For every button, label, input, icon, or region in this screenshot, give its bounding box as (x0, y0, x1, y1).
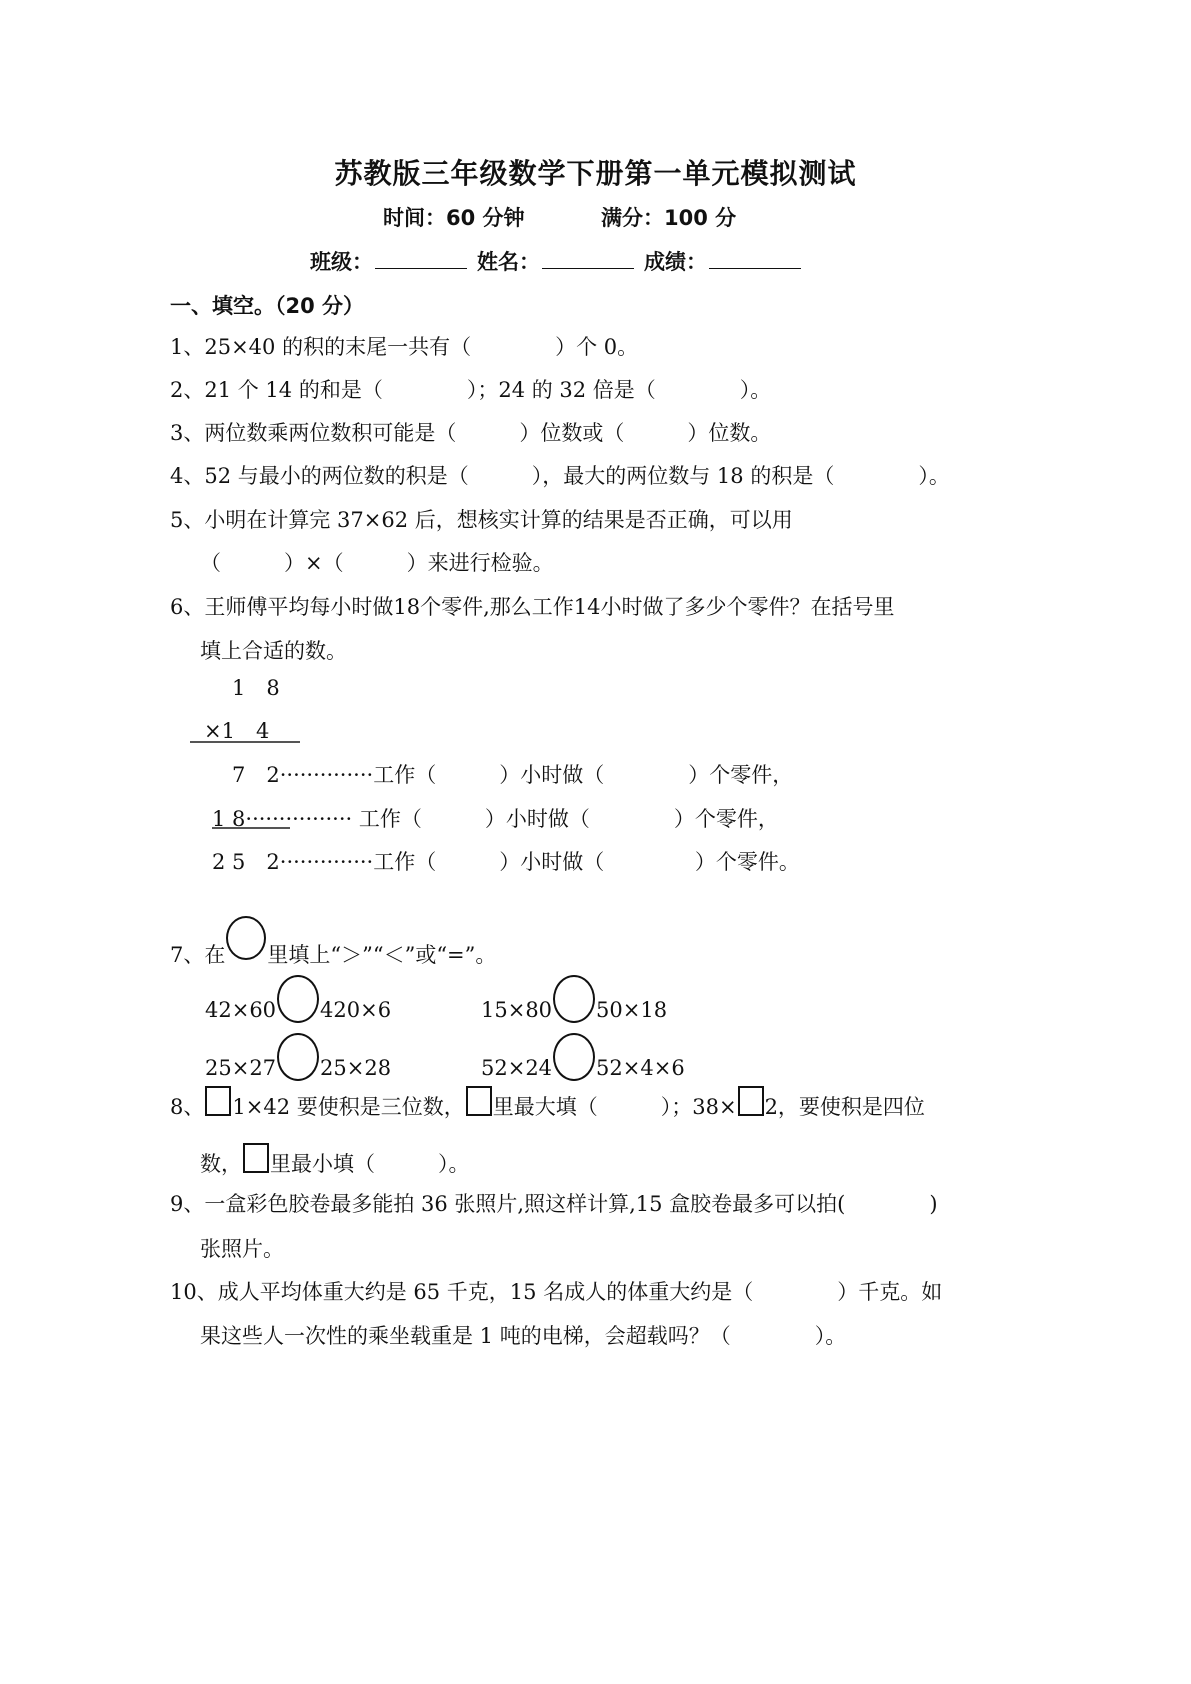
name-label: 姓名： (477, 250, 540, 274)
question-8-line-1: 8、1×42 要使积是三位数，里最大填（ ）；38×2，要使积是四位 (170, 1086, 925, 1120)
compare-right: 50×18 (596, 998, 667, 1022)
calc-row-text: 工作（ ）小时做（ ）个零件。 (373, 850, 800, 874)
question-10-line-1: 10、成人平均体重大约是 65 千克，15 名成人的体重大约是（ ）千克。如 (170, 1279, 942, 1305)
compare-left: 25×27 (205, 1056, 276, 1080)
question-3: 3、两位数乘两位数积可能是（ ）位数或（ ）位数。 (170, 420, 771, 446)
square-box[interactable] (466, 1086, 492, 1116)
calc-rule-line (190, 741, 300, 743)
compare-left: 15×80 (481, 998, 552, 1022)
compare-right: 420×6 (320, 998, 391, 1022)
compare-item-4: 52×2452×4×6 (481, 1033, 685, 1081)
question-5-line-2: （ ）×（ ）来进行检验。 (200, 550, 554, 576)
name-field[interactable] (542, 248, 634, 269)
section-heading: 一、填空。（20 分） (170, 290, 364, 320)
compare-circle[interactable] (553, 975, 595, 1023)
square-box[interactable] (738, 1086, 764, 1116)
question-5-line-1: 5、小明在计算完 37×62 后，想核实计算的结果是否正确，可以用 (170, 507, 793, 533)
compare-circle[interactable] (277, 975, 319, 1023)
question-10-line-2: 果这些人一次性的乘坐载重是 1 吨的电梯，会超载吗？（ ）。 (200, 1323, 846, 1349)
calc-row-dots: ·············· (280, 850, 373, 874)
question-6-line-1: 6、王师傅平均每小时做18个零件,那么工作14小时做了多少个零件？在括号里 (170, 594, 894, 620)
calc-row-2: 1 8················ 工作（ ）小时做（ ）个零件， (212, 806, 779, 832)
question-1: 1、25×40 的积的末尾一共有（ ）个 0。 (170, 334, 638, 360)
time-limit: 时间：60 分钟 (383, 202, 525, 232)
compare-circle[interactable] (277, 1033, 319, 1081)
page-title: 苏教版三年级数学下册第一单元模拟测试 (0, 152, 1191, 192)
full-score: 满分：100 分 (601, 202, 736, 232)
q8-text: 2，要使积是四位 (765, 1095, 925, 1119)
student-info-row: 班级：姓名：成绩： (310, 246, 811, 276)
circle-icon (226, 916, 266, 960)
q8-text: 1×42 要使积是三位数， (232, 1095, 464, 1119)
grade-field[interactable] (709, 248, 801, 269)
calc-row-digits: 2 5 2 (212, 850, 280, 874)
compare-left: 52×24 (481, 1056, 552, 1080)
q8-number: 8、 (170, 1095, 204, 1119)
q8-text: 里最小填（ ）。 (270, 1152, 470, 1176)
compare-item-3: 25×2725×28 (205, 1033, 391, 1081)
class-field[interactable] (375, 248, 467, 269)
calc-multiplicand: 1 8 (232, 675, 280, 701)
grade-label: 成绩： (644, 250, 707, 274)
square-box[interactable] (205, 1086, 231, 1116)
q7-prefix: 7、在 (170, 943, 225, 967)
compare-item-2: 15×8050×18 (481, 975, 667, 1023)
q7-suffix: 里填上“＞”“＜”或“=”。 (267, 943, 496, 967)
calc-row-1: 7 2··············工作（ ）小时做（ ）个零件， (232, 762, 793, 788)
question-9-line-2: 张照片。 (200, 1236, 284, 1262)
question-6-line-2: 填上合适的数。 (200, 638, 347, 664)
question-2: 2、21 个 14 的和是（ ）；24 的 32 倍是（ ）。 (170, 377, 771, 403)
calc-row-dots: ·············· (280, 763, 373, 787)
compare-left: 42×60 (205, 998, 276, 1022)
q8-text: 数， (200, 1152, 242, 1176)
calc-row-text: 工作（ ）小时做（ ）个零件， (352, 807, 779, 831)
compare-right: 25×28 (320, 1056, 391, 1080)
class-label: 班级： (310, 250, 373, 274)
calc-rule-line-2 (212, 827, 290, 829)
calc-row-text: 工作（ ）小时做（ ）个零件， (373, 763, 793, 787)
question-9-line-1: 9、一盒彩色胶卷最多能拍 36 张照片,照这样计算,15 盒胶卷最多可以拍( ) (170, 1191, 938, 1217)
square-box[interactable] (243, 1143, 269, 1173)
q8-text: 里最大填（ ）；38× (493, 1095, 737, 1119)
question-8-line-2: 数，里最小填（ ）。 (200, 1143, 470, 1177)
compare-circle[interactable] (553, 1033, 595, 1081)
compare-right: 52×4×6 (596, 1056, 685, 1080)
question-7: 7、在里填上“＞”“＜”或“=”。 (170, 916, 496, 968)
compare-item-1: 42×60420×6 (205, 975, 391, 1023)
calc-row-3: 2 5 2··············工作（ ）小时做（ ）个零件。 (212, 849, 800, 875)
question-4: 4、52 与最小的两位数的积是（ ），最大的两位数与 18 的积是（ ）。 (170, 463, 950, 489)
calc-row-digits: 7 2 (232, 763, 280, 787)
